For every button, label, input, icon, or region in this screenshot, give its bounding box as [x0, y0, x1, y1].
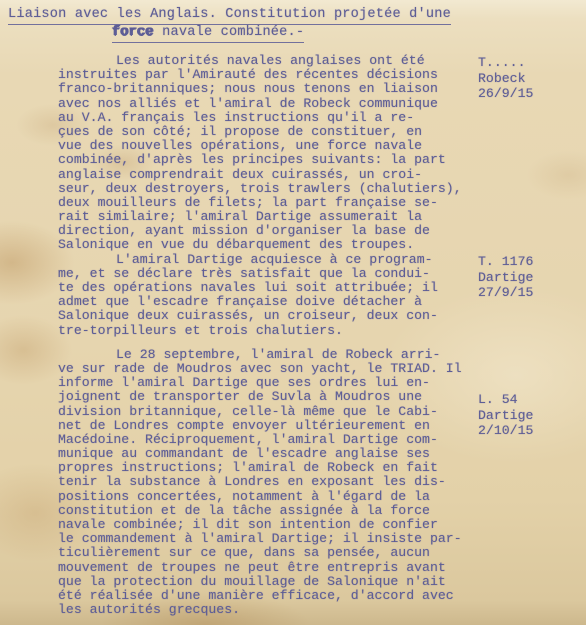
margin-note-3: L. 54 Dartige 2/10/15 — [478, 392, 582, 439]
text-line: que la protection du mouillage de Saloni… — [58, 575, 468, 589]
text-line: Salonique en vue du débarquement des tro… — [58, 238, 468, 252]
title-line-2: force navale combinée.- — [112, 25, 304, 43]
margin-note-author: Dartige — [478, 270, 582, 286]
text-line: me, et se déclare très satisfait que la … — [58, 267, 468, 281]
text-line: au V.A. français les instructions qu'il … — [58, 111, 468, 125]
text-line: les autorités grecques. — [58, 603, 468, 617]
text-line: été réalisée d'une manière efficace, d'a… — [58, 589, 468, 603]
title-line-1: Liaison avec les Anglais. Constitution p… — [8, 7, 451, 25]
text-line: L'amiral Dartige acquiesce à ce program- — [58, 253, 468, 267]
text-line: tenir la substance à Londres en exposant… — [58, 475, 468, 489]
text-line: direction, ayant mission d'organiser la … — [58, 224, 468, 238]
text-line: division britannique, celle-là même que … — [58, 405, 468, 419]
text-line: ticulièrement sur ce que, dans sa pensée… — [58, 546, 468, 560]
text-line: navale combinée; il dit son intention de… — [58, 518, 468, 532]
text-line: te des opérations navales lui soit attri… — [58, 281, 468, 295]
text-line: informe l'amiral Dartige que ses ordres … — [58, 376, 468, 390]
text-line: anglaise comprendrait deux cuirassés, un… — [58, 168, 468, 182]
text-line: deux mouilleurs de filets; la part franç… — [58, 196, 468, 210]
text-line: mouvement de troupes ne peut être entrep… — [58, 561, 468, 575]
margin-note-date: 26/9/15 — [478, 86, 582, 102]
text-line: constitution et de la tâche assignée à l… — [58, 504, 468, 518]
text-line: seur, deux destroyers, trois trawlers (c… — [58, 182, 468, 196]
margin-note-date: 27/9/15 — [478, 285, 582, 301]
text-line: Macédoine. Réciproquement, l'amiral Dart… — [58, 433, 468, 447]
text-line: combinée, d'après les principes suivants… — [58, 153, 468, 167]
text-line: ve sur rade de Moudros avec son yacht, l… — [58, 362, 468, 376]
text-line: franco-britanniques; nous nous tenons en… — [58, 82, 468, 96]
text-line: rait similaire; l'amiral Dartige assumer… — [58, 210, 468, 224]
margin-note-date: 2/10/15 — [478, 423, 582, 439]
text-line: le commandement à l'amiral Dartige; il i… — [58, 532, 468, 546]
text-line: vue des nouvelles opérations, une force … — [58, 139, 468, 153]
document-body: Les autorités navales anglaises ont été … — [58, 54, 468, 617]
title-line-2-rest: navale combinée.- — [154, 25, 304, 40]
text-line: net de Londres compte envoyer ultérieure… — [58, 419, 468, 433]
text-line: positions concertées, notamment à l'égar… — [58, 490, 468, 504]
margin-note-author: Robeck — [478, 71, 582, 87]
margin-note-ref: L. 54 — [478, 392, 582, 408]
text-line: joignent de transporter de Suvla à Moudr… — [58, 390, 468, 404]
document-page: Liaison avec les Anglais. Constitution p… — [0, 0, 586, 625]
title-overstruck-word: force — [112, 25, 154, 40]
text-line: admet que l'escadre française doive déta… — [58, 295, 468, 309]
paragraph-3: Le 28 septembre, l'amiral de Robeck arri… — [58, 348, 468, 618]
text-line: Les autorités navales anglaises ont été — [58, 54, 468, 68]
margin-note-2: T. 1176 Dartige 27/9/15 — [478, 254, 582, 301]
paragraph-1: Les autorités navales anglaises ont été … — [58, 54, 468, 253]
text-line: instruites par l'Amirauté des récentes d… — [58, 68, 468, 82]
text-line: çues de son côté; il propose de constitu… — [58, 125, 468, 139]
text-line: Salonique deux cuirassés, un croiseur, d… — [58, 309, 468, 323]
text-line: Le 28 septembre, l'amiral de Robeck arri… — [58, 348, 468, 362]
margin-note-ref: T..... — [478, 55, 582, 71]
margin-note-author: Dartige — [478, 408, 582, 424]
margin-note-1: T..... Robeck 26/9/15 — [478, 55, 582, 102]
text-line: munique au commandant de l'escadre angla… — [58, 447, 468, 461]
paragraph-2: L'amiral Dartige acquiesce à ce program-… — [58, 253, 468, 338]
document-title: Liaison avec les Anglais. Constitution p… — [8, 7, 451, 43]
text-line: propres instructions; l'amiral de Robeck… — [58, 461, 468, 475]
margin-note-ref: T. 1176 — [478, 254, 582, 270]
text-line: tre-torpilleurs et trois chalutiers. — [58, 324, 468, 338]
text-line: avec nos alliés et l'amiral de Robeck co… — [58, 97, 468, 111]
